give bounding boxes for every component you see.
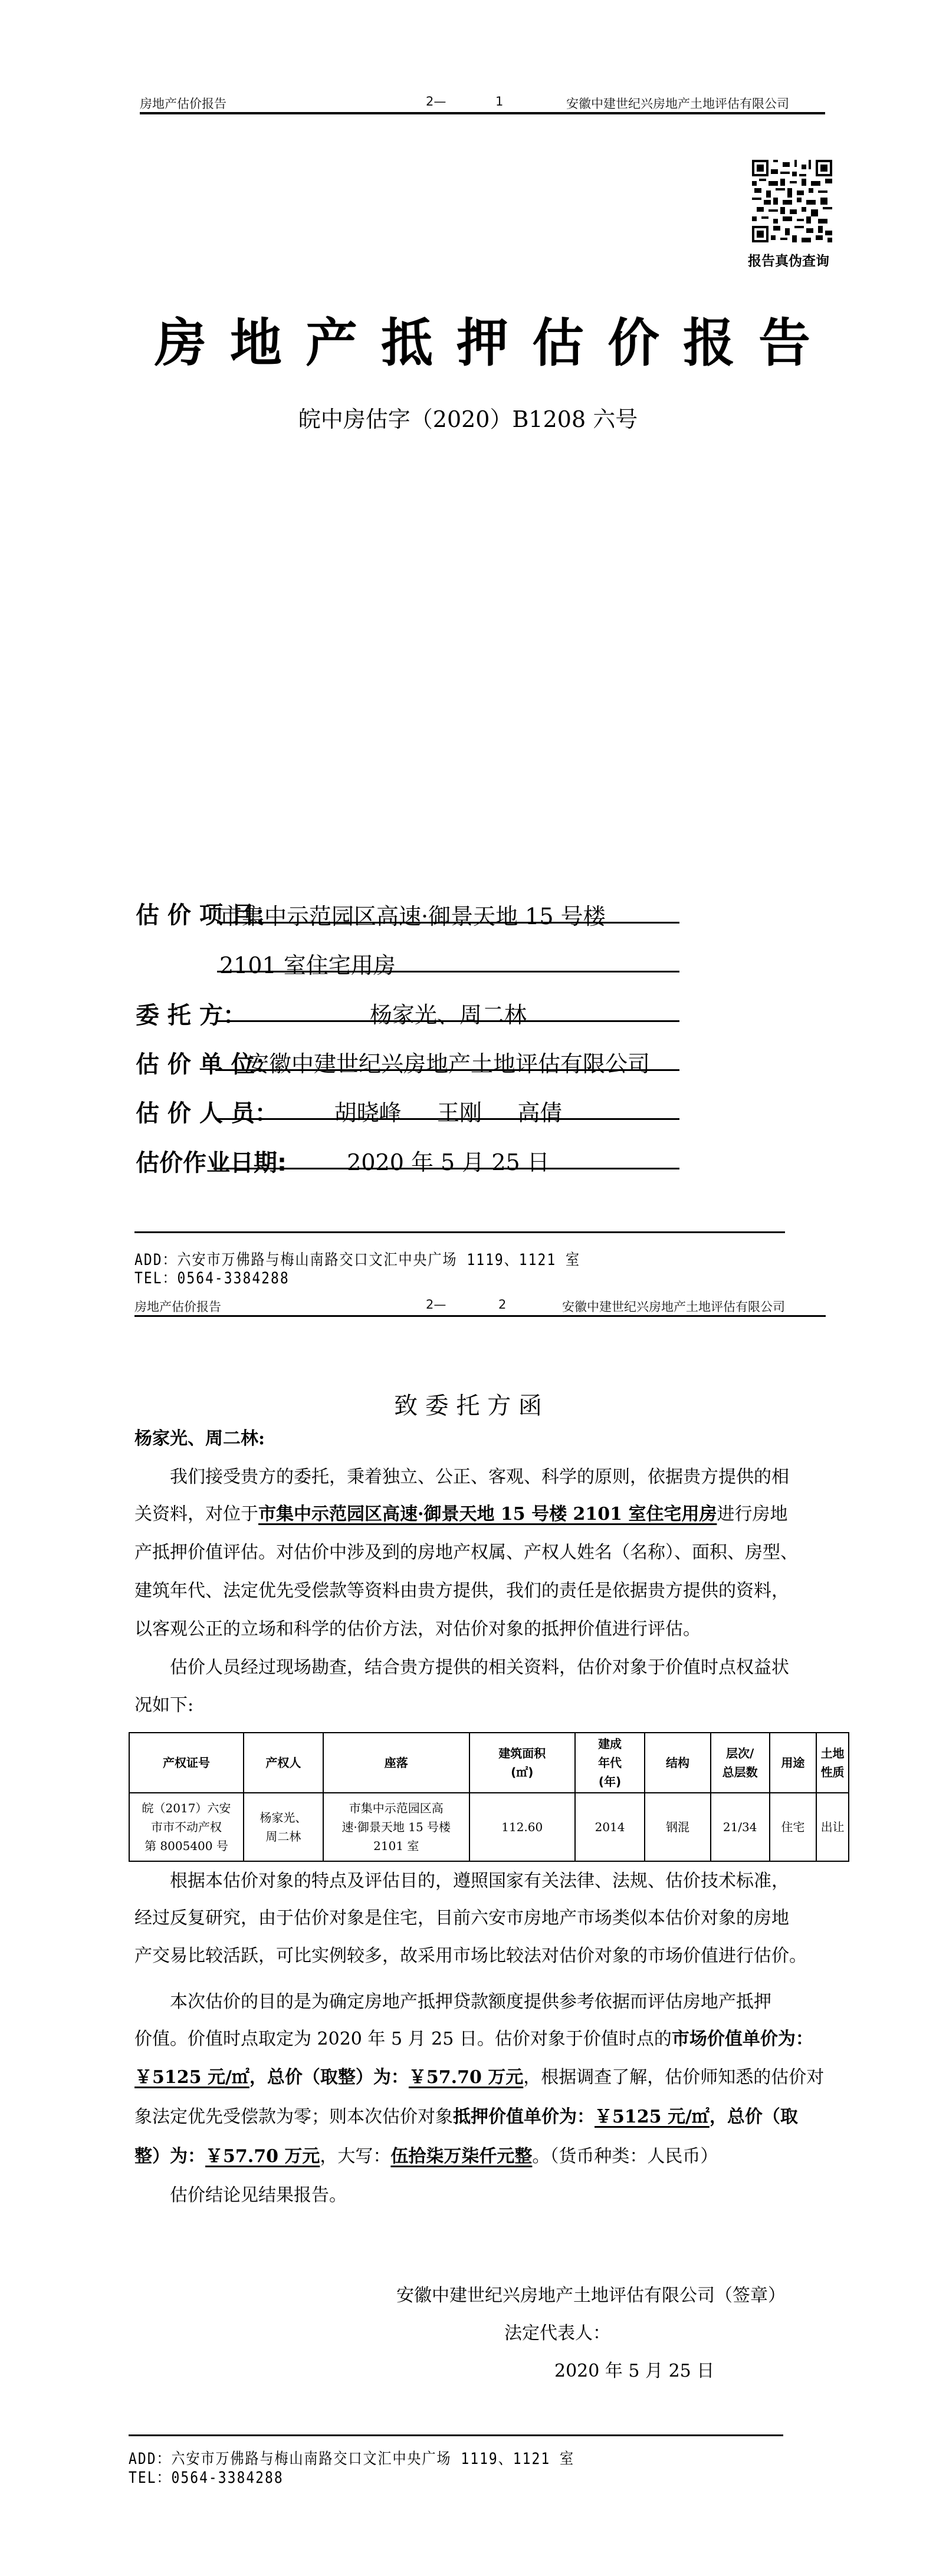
footer-rule: [134, 1231, 785, 1233]
qr-label: 报告真伪查询: [748, 250, 829, 270]
para4-line4-pre: 象法定优先受偿款为零；则本次估价对象: [134, 2107, 453, 2127]
project-underline-1: [217, 922, 679, 924]
header-company: 安徽中建世纪兴房地产土地评估有限公司: [562, 1297, 785, 1315]
header-page-prefix: 2—: [426, 94, 446, 109]
header-doc-type: 房地产估价报告: [134, 1297, 221, 1315]
para3-line2: 经过反复研究，由于估价对象是住宅，目前六安市房地产市场类似本估价对象的房地: [134, 1910, 789, 1927]
para1-line4: 建筑年代、法定优先受偿款等资料由贵方提供，我们的责任是依据贵方提供的资料，: [134, 1582, 789, 1600]
mortgage-total-value: ￥57.70 万元: [205, 2146, 320, 2167]
para3-line1: 根据本估价对象的特点及评估目的，遵照国家有关法律、法规、估价技术标准，: [170, 1872, 789, 1890]
report-title: 房地产抵押估价报告: [155, 302, 834, 376]
para1-line2: 关资料，对位于市集中示范园区高速·御景天地 15 号楼 2101 室住宅用房进行…: [134, 1506, 787, 1523]
property-address-highlight: 市集中示范园区高速·御景天地 15 号楼 2101 室住宅用房: [258, 1504, 717, 1524]
signature-date: 2020 年 5 月 25 日: [554, 2363, 714, 2380]
para4-line4-post: ，总价（取: [710, 2107, 798, 2127]
col-owner: 产权人: [244, 1733, 323, 1793]
para4-line5: 整）为：￥57.70 万元，大写：伍拾柒万柒仟元整。（货币种类：人民币）: [134, 2148, 718, 2166]
property-table: 产权证号 产权人 座落 建筑面积 (㎡) 建成 年代 (年) 结构 层次/ 总层…: [129, 1732, 849, 1862]
cell-build-year: 2014: [575, 1793, 645, 1861]
cell-cert-no: 皖（2017）六安 市市不动产权 第 8005400 号: [129, 1793, 244, 1861]
cell-location: 市集中示范园区高 速·御景天地 15 号楼 2101 室: [323, 1793, 469, 1861]
footer-tel: TEL：0564-3384288: [134, 1266, 290, 1288]
signature-company: 安徽中建世纪兴房地产土地评估有限公司（签章）: [396, 2287, 786, 2305]
amount-in-words-value: 伍拾柒万柒仟元整: [390, 2146, 532, 2167]
letter-title: 致 委 托 方 函: [0, 1387, 936, 1421]
header-company: 安徽中建世纪兴房地产土地评估有限公司: [566, 94, 789, 112]
mortgage-total-label: 整）为：: [134, 2146, 205, 2167]
para3-line3: 产交易比较活跃，可比实例较多，故采用市场比较法对估价对象的市场价值进行估价。: [134, 1947, 807, 1965]
appraisers-value: 胡晓峰 王刚 高倩: [217, 1095, 679, 1127]
market-unit-price-value: ￥5125 元/㎡: [134, 2067, 249, 2088]
footer-tel: TEL：0564-3384288: [129, 2465, 284, 2488]
para2-line1: 估价人员经过现场勘查，结合贵方提供的相关资料，估价对象于价值时点权益状: [170, 1659, 789, 1677]
para1-line3: 产抵押价值评估。对估价中涉及到的房地产权属、产权人姓名（名称）、面积、房型、: [134, 1544, 798, 1562]
para4-line2: 价值。价值时点取定为 2020 年 5 月 25 日。估价对象于价值时点的市场价…: [134, 2030, 813, 2048]
client-underline: [217, 1020, 679, 1022]
cell-owner: 杨家光、 周二林: [244, 1793, 323, 1861]
project-value-line1: 市集中示范园区高速·御景天地 15 号楼: [219, 898, 606, 931]
para2-line2: 况如下:: [134, 1697, 193, 1714]
header-page-number: 1: [495, 94, 503, 109]
project-value-line2: 2101 室住宅用房: [219, 947, 396, 980]
date-underline: [214, 1168, 679, 1169]
para4-line1: 本次估价的目的是为确定房地产抵押贷款额度提供参考依据而评估房地产抵押: [170, 1993, 771, 2011]
salutation: 杨家光、周二林:: [134, 1430, 265, 1448]
appraiser-org-underline: [215, 1069, 679, 1071]
footer-rule: [129, 2434, 783, 2436]
cell-structure: 钢混: [645, 1793, 710, 1861]
para4-line3: ￥5125 元/㎡，总价（取整）为：￥57.70 万元，根据调查了解，估价师知悉…: [134, 2069, 824, 2087]
amount-in-words-label: ，大写：: [320, 2146, 390, 2167]
date-value: 2020 年 5 月 25 日: [217, 1144, 679, 1177]
cell-land-type: 出让: [816, 1793, 849, 1861]
market-total-label: ，总价（取整）为：: [249, 2067, 409, 2088]
para4-line3-post: ，根据调查了解，估价师知悉的估价对: [523, 2067, 824, 2088]
col-build-year: 建成 年代 (年): [575, 1733, 645, 1793]
para4-line2-pre: 价值。价值时点取定为 2020 年 5 月 25 日。估价对象于价值时点的: [134, 2029, 672, 2049]
currency-note: 。（货币种类：人民币）: [532, 2146, 718, 2167]
col-location: 座落: [323, 1733, 469, 1793]
header-doc-type: 房地产估价报告: [140, 94, 226, 112]
mortgage-unit-price-value: ￥5125 元/㎡: [595, 2107, 710, 2127]
col-area: 建筑面积 (㎡): [469, 1733, 575, 1793]
mortgage-unit-price-label: 抵押价值单价为：: [453, 2107, 595, 2127]
conclusion: 估价结论见结果报告。: [170, 2187, 347, 2204]
para1-line2-pre: 关资料，对位于: [134, 1504, 258, 1524]
col-cert-no: 产权证号: [129, 1733, 244, 1793]
cell-use: 住宅: [770, 1793, 817, 1861]
col-use: 用途: [770, 1733, 817, 1793]
col-land-type: 土地 性质: [816, 1733, 849, 1793]
market-unit-price-label: 市场价值单价为：: [672, 2029, 813, 2049]
col-floor: 层次/ 总层数: [711, 1733, 770, 1793]
appraisers-underline: [215, 1118, 679, 1120]
cell-floor: 21/34: [711, 1793, 770, 1861]
header-page-number: 2: [498, 1297, 506, 1312]
qr-code-icon[interactable]: [752, 159, 832, 243]
table-header-row: 产权证号 产权人 座落 建筑面积 (㎡) 建成 年代 (年) 结构 层次/ 总层…: [129, 1733, 849, 1793]
para1-line1: 我们接受贵方的委托，秉着独立、公正、客观、科学的原则，依据贵方提供的相: [170, 1468, 789, 1486]
cell-area: 112.60: [469, 1793, 575, 1861]
market-total-value: ￥57.70 万元: [409, 2067, 523, 2088]
table-row: 皖（2017）六安 市市不动产权 第 8005400 号 杨家光、 周二林 市集…: [129, 1793, 849, 1861]
header-page-prefix: 2—: [426, 1297, 446, 1312]
para4-line4: 象法定优先受偿款为零；则本次估价对象抵押价值单价为：￥5125 元/㎡，总价（取: [134, 2108, 798, 2126]
report-number: 皖中房估字（2020）B1208 六号: [0, 401, 936, 433]
para1-line2-post: 进行房地: [717, 1504, 787, 1524]
header-rule: [140, 112, 825, 114]
para1-line5: 以客观公正的立场和科学的估价方法，对估价对象的抵押价值进行评估。: [134, 1621, 701, 1638]
col-structure: 结构: [645, 1733, 710, 1793]
header-rule: [134, 1315, 826, 1317]
signature-legal-rep: 法定代表人：: [504, 2325, 610, 2342]
appraiser-org-value: 安徽中建世纪兴房地产土地评估有限公司: [217, 1046, 679, 1078]
client-value: 杨家光、周二林: [217, 997, 679, 1029]
project-underline-2: [217, 971, 679, 972]
